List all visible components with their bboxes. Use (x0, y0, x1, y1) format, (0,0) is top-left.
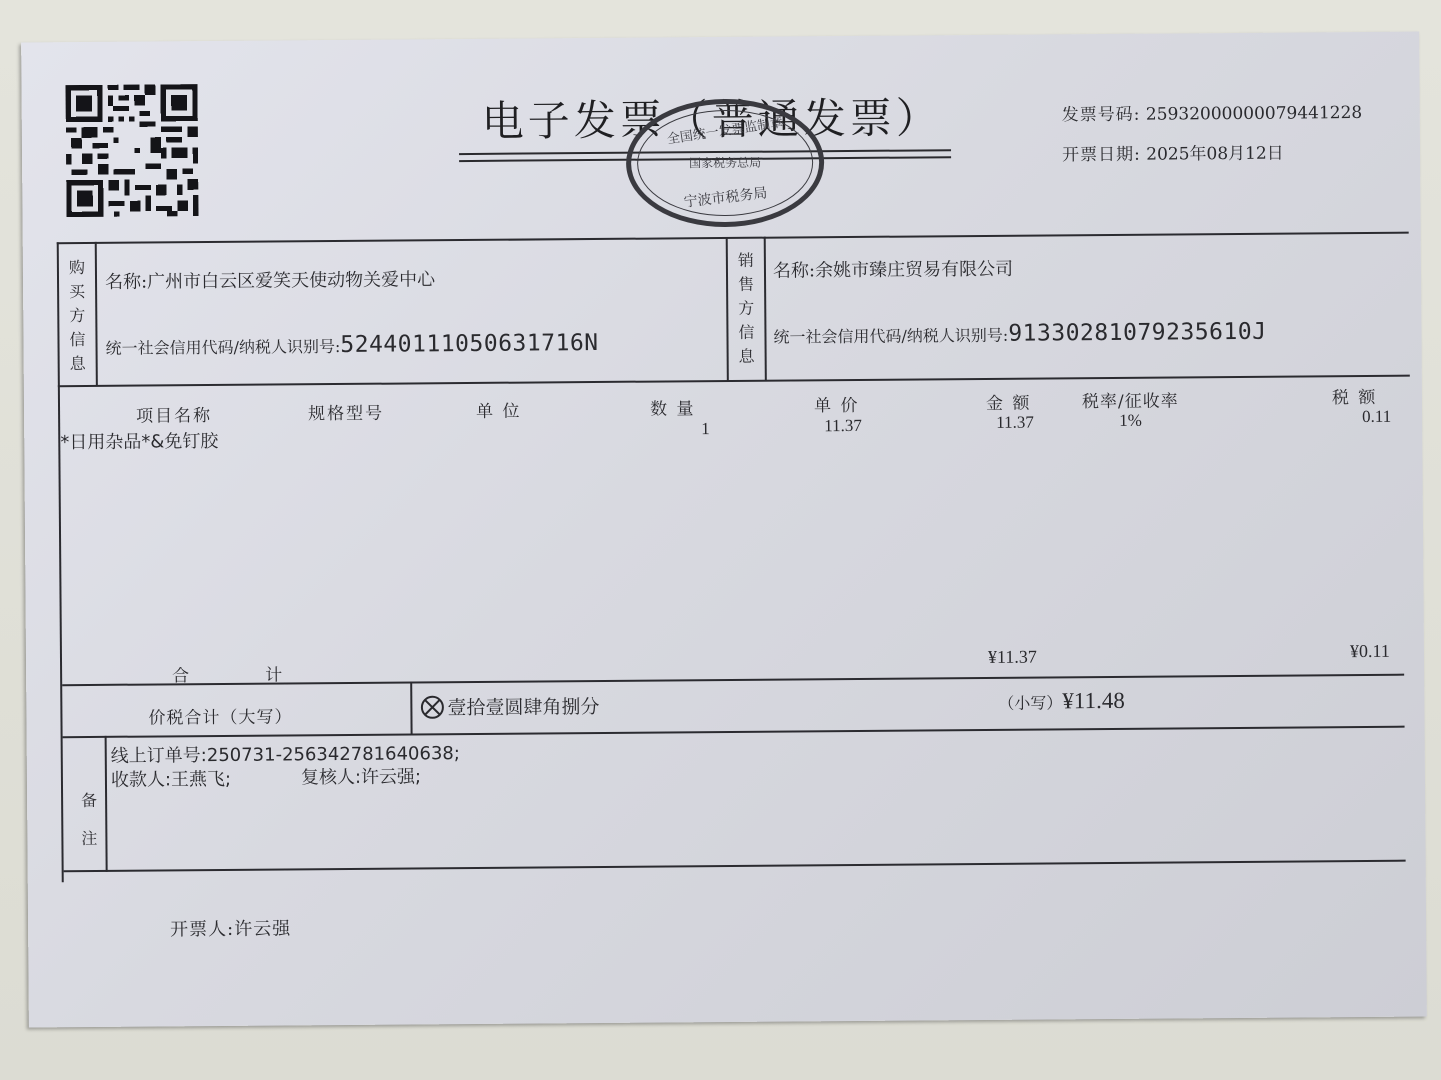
seller-tax-id-label: 统一社会信用代码/纳税人识别号: (773, 326, 1008, 347)
table-bottom-border (64, 860, 1406, 873)
total-lowercase-label: （小写） (998, 693, 1062, 713)
buyer-tax-id-label: 统一社会信用代码/纳税人识别号: (105, 337, 340, 358)
item-amount: 11.37 (996, 413, 1034, 433)
total-uppercase-amount: 壹拾壹圆肆角捌分 (447, 696, 599, 719)
buyer-tax-id-row: 统一社会信用代码/纳税人识别号:52440111050631716N (105, 330, 598, 360)
subtotal-label: 合 计 (172, 660, 284, 686)
circled-x-icon (420, 695, 444, 719)
invoice-number: 25932000000079441228 (1146, 103, 1362, 125)
buyer-name-label: 名称: (105, 272, 147, 293)
party-section-divider (58, 375, 1410, 388)
invoice-number-row: 发票号码: 25932000000079441228 (1062, 98, 1363, 125)
item-unit-price: 11.37 (824, 416, 862, 436)
issue-date-row: 开票日期: 2025年08月12日 (1062, 139, 1284, 166)
buyer-section-label: 购买方信息 (63, 256, 92, 376)
item-tax: 0.11 (1362, 407, 1391, 427)
seller-section-label: 销售方信息 (732, 249, 761, 369)
item-tax-rate: 1% (1119, 411, 1142, 431)
remarks-section-label: 备注 (75, 782, 104, 858)
total-lowercase-row: （小写）¥11.48 (998, 688, 1125, 715)
buyer-name: 广州市白云区爱笑天使动物关爱中心 (147, 269, 435, 292)
header-tax-rate: 税率/征收率 (1082, 386, 1179, 412)
issuer-label: 开票人: (170, 919, 234, 941)
total-lowercase-amount: ¥11.48 (1062, 688, 1125, 713)
header-unit-price: 单 价 (814, 391, 860, 416)
item-quantity: 1 (701, 419, 710, 439)
remarks-payee: 收款人:王燕飞; (111, 765, 231, 792)
table-top-border (57, 232, 1409, 245)
invoice-paper: 电子发票（普通发票） 全国统一发票监制章 国家税务总局 宁波市税务局 发票号码:… (21, 32, 1427, 1028)
item-name: *日用杂品*&免钉胶 (60, 427, 218, 454)
total-uppercase-row: 壹拾壹圆肆角捌分 (420, 692, 599, 720)
remarks-reviewer: 复核人:许云强; (301, 762, 421, 789)
issue-date: 2025年08月12日 (1146, 144, 1284, 165)
seller-name-row: 名称:余姚市臻庄贸易有限公司 (773, 255, 1013, 283)
buyer-tax-id: 52440111050631716N (340, 330, 598, 358)
issuer-row: 开票人:许云强 (170, 914, 291, 941)
table-row: *日用杂品*&免钉胶 1 11.37 11.37 1% 0.11 (21, 32, 1419, 43)
header-tax: 税 额 (1332, 383, 1378, 408)
subtotal-amount: ¥11.37 (988, 647, 1037, 668)
header-unit: 单 位 (476, 397, 522, 422)
seller-name-label: 名称: (773, 260, 815, 281)
qr-code-icon (65, 84, 198, 217)
header-item-name: 项目名称 (136, 401, 212, 427)
seller-tax-id-row: 统一社会信用代码/纳税人识别号:91330281079235610J (773, 319, 1266, 349)
official-seal: 全国统一发票监制章 国家税务总局 宁波市税务局 (626, 98, 825, 228)
buyer-name-row: 名称:广州市白云区爱笑天使动物关爱中心 (105, 265, 435, 294)
header-quantity: 数 量 (650, 394, 696, 419)
header-amount: 金 额 (986, 389, 1032, 414)
issue-date-label: 开票日期: (1062, 145, 1141, 166)
seller-tax-id: 91330281079235610J (1008, 319, 1266, 347)
subtotal-tax: ¥0.11 (1350, 641, 1390, 662)
total-uppercase-label: 价税合计（大写） (148, 702, 292, 728)
header-spec: 规格型号 (308, 399, 384, 425)
issuer-name: 许云强 (234, 918, 291, 939)
invoice-number-label: 发票号码: (1062, 105, 1141, 126)
seller-name: 余姚市臻庄贸易有限公司 (815, 259, 1013, 282)
seal-middle-text: 国家税务总局 (631, 153, 819, 171)
